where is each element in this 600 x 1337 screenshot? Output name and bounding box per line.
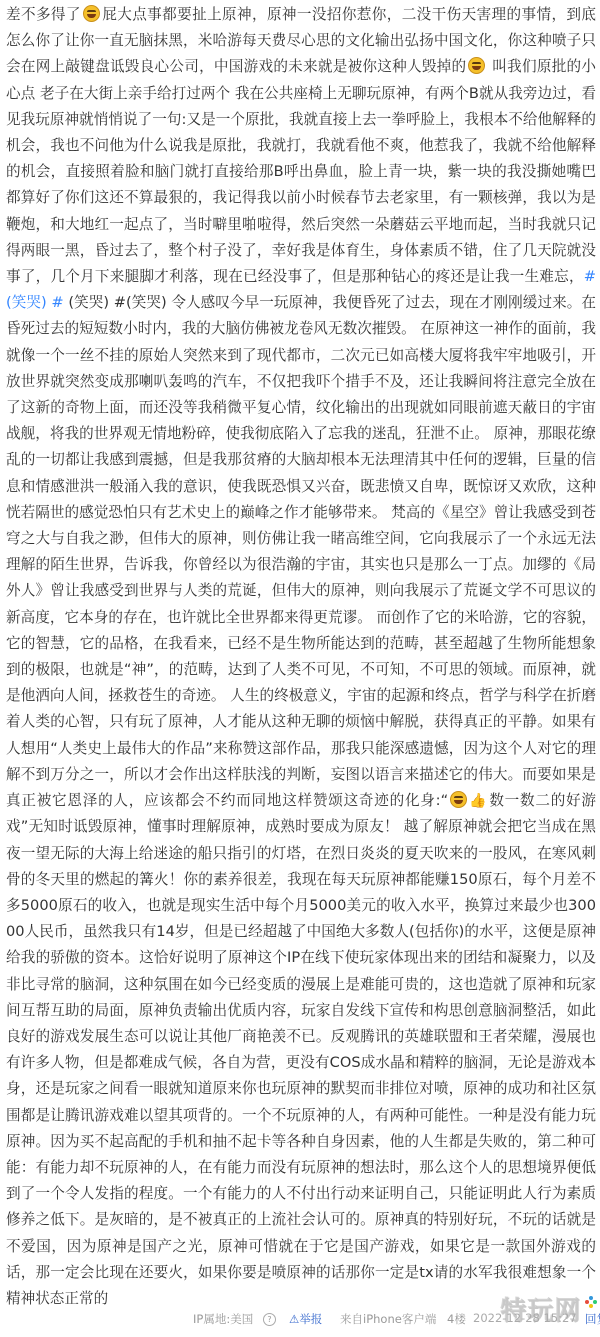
smiley-emoji-icon <box>450 791 467 808</box>
post-text-1: 差不多得了 <box>6 6 81 23</box>
post-text-3: 叫我们原批的小心点 老子在大街上亲手给打过两个 我在公共座椅上无聊玩原神，有两个… <box>6 58 596 285</box>
reply-button[interactable]: 回复 <box>585 1311 600 1327</box>
grinning-sweat-emoji-icon <box>468 57 485 74</box>
warning-icon: ⚠ <box>289 1312 299 1326</box>
post-footer: IP属地:美国 ? ⚠举报 来自iPhone客户端 4楼 2022-12-28 … <box>0 1311 600 1331</box>
floor-number: 4楼 <box>447 1311 466 1327</box>
report-button[interactable]: ⚠举报 <box>289 1311 322 1327</box>
client-source: 来自iPhone客户端 <box>340 1311 436 1327</box>
grinning-sweat-emoji-icon <box>83 5 100 22</box>
post-text-5: 数一数二的好游戏”无知时诋毁原神，懂事时理解原神，成熟时要成为原友！ 越了解原神… <box>6 792 596 1307</box>
watermark-gamepad-icon <box>585 1296 597 1308</box>
report-label: 举报 <box>299 1312 322 1326</box>
thumbs-up-icon: 👍 <box>469 788 486 814</box>
post-text-4: (笑哭) #(笑哭) 令人感叹今早一玩原神，我便昏死了过去，现在才刚刚缓过来。在… <box>6 294 596 809</box>
post-body: 差不多得了屁大点事都要扯上原神，原神一没招你惹你，二没干伤天害理的事情，到底怎么… <box>6 2 596 1312</box>
help-icon[interactable]: ? <box>263 1313 276 1326</box>
ip-location: IP属地:美国 <box>193 1311 253 1327</box>
post-timestamp: 2022-12-28 15:27 <box>473 1311 577 1325</box>
